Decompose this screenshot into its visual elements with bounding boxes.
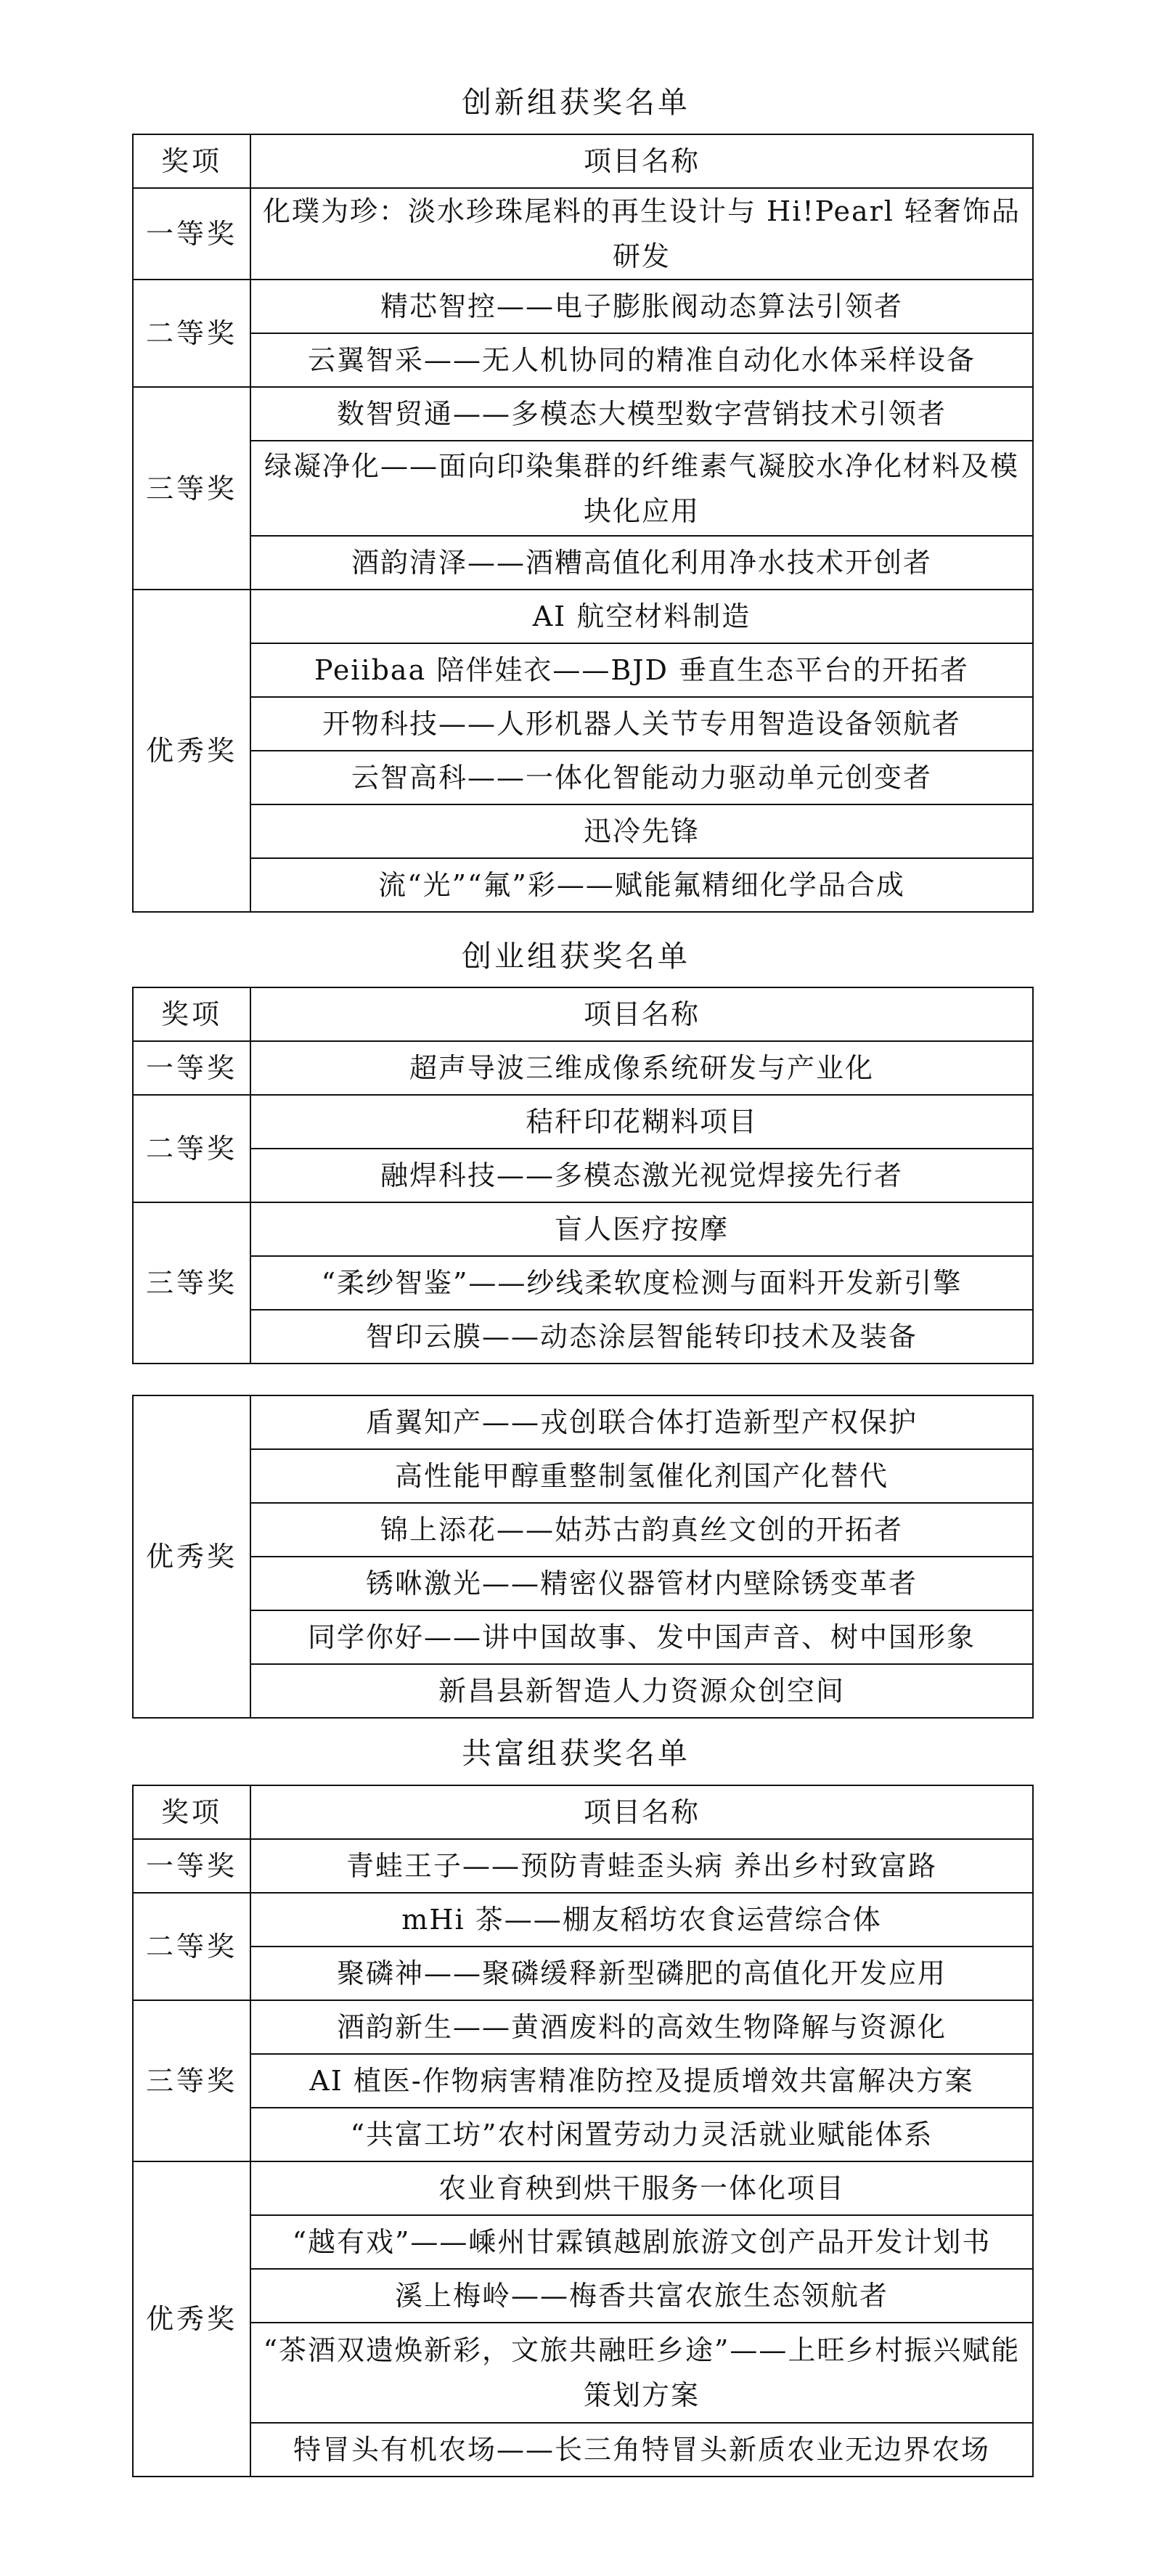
award-level-first: 一等奖 [133, 188, 250, 280]
project-name: 聚磷神——聚磷缓释新型磷肥的高值化开发应用 [250, 1947, 1033, 2000]
table-header-row: 奖项 项目名称 [133, 134, 1033, 188]
table-row: 云翼智采——无人机协同的精准自动化水体采样设备 [133, 333, 1033, 387]
project-name: 同学你好——讲中国故事、发中国声音、树中国形象 [250, 1610, 1033, 1664]
project-name: 锦上添花——姑苏古韵真丝文创的开拓者 [250, 1503, 1033, 1557]
project-name: 盲人医疗按摩 [250, 1202, 1033, 1256]
project-name: 数智贸通——多模态大模型数字营销技术引领者 [250, 387, 1033, 441]
table-row: 锈咻激光——精密仪器管材内壁除锈变革者 [133, 1557, 1033, 1610]
award-level-excellence: 优秀奖 [133, 1395, 250, 1718]
table-row: 融焊科技——多模态激光视觉焊接先行者 [133, 1149, 1033, 1202]
project-name: 青蛙王子——预防青蛙歪头病 养出乡村致富路 [250, 1839, 1033, 1893]
project-name: 秸秆印花糊料项目 [250, 1095, 1033, 1149]
header-award: 奖项 [133, 134, 250, 188]
table-row: 三等奖 酒韵新生——黄酒废料的高效生物降解与资源化 [133, 2000, 1033, 2054]
project-name: 智印云膜——动态涂层智能转印技术及装备 [250, 1310, 1033, 1364]
award-level-excellence: 优秀奖 [133, 590, 250, 912]
project-name: 云翼智采——无人机协同的精准自动化水体采样设备 [250, 333, 1033, 387]
table-header-row: 奖项 项目名称 [133, 987, 1033, 1041]
table-row: “柔纱智鉴”——纱线柔软度检测与面料开发新引擎 [133, 1256, 1033, 1310]
table-row: 一等奖 青蛙王子——预防青蛙歪头病 养出乡村致富路 [133, 1839, 1033, 1893]
project-name: 云智高科——一体化智能动力驱动单元创变者 [250, 751, 1033, 804]
table-row: 酒韵清泽——酒糟高值化利用净水技术开创者 [133, 536, 1033, 590]
project-name: 特冒头有机农场——长三角特冒头新质农业无边界农场 [250, 2423, 1033, 2477]
project-name: 高性能甲醇重整制氢催化剂国产化替代 [250, 1449, 1033, 1503]
award-level-second: 二等奖 [133, 1095, 250, 1202]
project-name: 开物科技——人形机器人关节专用智造设备领航者 [250, 697, 1033, 751]
table-header-row: 奖项 项目名称 [133, 1785, 1033, 1839]
table-row: 一等奖 超声导波三维成像系统研发与产业化 [133, 1041, 1033, 1095]
table-row: 开物科技——人形机器人关节专用智造设备领航者 [133, 697, 1033, 751]
entrepreneurship-award-table: 奖项 项目名称 一等奖 超声导波三维成像系统研发与产业化 二等奖 秸秆印花糊料项… [132, 987, 1034, 1364]
project-name: 化璞为珍：淡水珍珠尾料的再生设计与 Hi!Pearl 轻奢饰品研发 [250, 188, 1033, 280]
award-level-third: 三等奖 [133, 387, 250, 590]
project-name: “共富工坊”农村闲置劳动力灵活就业赋能体系 [250, 2108, 1033, 2161]
table-row: 聚磷神——聚磷缓释新型磷肥的高值化开发应用 [133, 1947, 1033, 2000]
table-row: 二等奖 mHi 茶——棚友稻坊农食运营综合体 [133, 1893, 1033, 1947]
header-project: 项目名称 [250, 134, 1033, 188]
table-row: 云智高科——一体化智能动力驱动单元创变者 [133, 751, 1033, 804]
project-name: 新昌县新智造人力资源众创空间 [250, 1664, 1033, 1718]
award-level-third: 三等奖 [133, 1202, 250, 1364]
project-name: 酒韵新生——黄酒废料的高效生物降解与资源化 [250, 2000, 1033, 2054]
project-name: AI 植医-作物病害精准防控及提质增效共富解决方案 [250, 2054, 1033, 2108]
table-row: 三等奖 数智贸通——多模态大模型数字营销技术引领者 [133, 387, 1033, 441]
header-project: 项目名称 [250, 1785, 1033, 1839]
table-row: 一等奖 化璞为珍：淡水珍珠尾料的再生设计与 Hi!Pearl 轻奢饰品研发 [133, 188, 1033, 280]
project-name: 迅冷先锋 [250, 804, 1033, 858]
project-name: “茶酒双遗焕新彩，文旅共融旺乡途”——上旺乡村振兴赋能策划方案 [250, 2323, 1033, 2423]
project-name: 酒韵清泽——酒糟高值化利用净水技术开创者 [250, 536, 1033, 590]
project-name: 盾翼知产——戎创联合体打造新型产权保护 [250, 1395, 1033, 1449]
project-name: “柔纱智鉴”——纱线柔软度检测与面料开发新引擎 [250, 1256, 1033, 1310]
table-row: 同学你好——讲中国故事、发中国声音、树中国形象 [133, 1610, 1033, 1664]
table-row: “共富工坊”农村闲置劳动力灵活就业赋能体系 [133, 2108, 1033, 2161]
table-row: 流“光”“氟”彩——赋能氟精细化学品合成 [133, 858, 1033, 912]
header-award: 奖项 [133, 987, 250, 1041]
project-name: 精芯智控——电子膨胀阀动态算法引领者 [250, 280, 1033, 333]
project-name: “越有戏”——嵊州甘霖镇越剧旅游文创产品开发计划书 [250, 2215, 1033, 2269]
table-row: 二等奖 精芯智控——电子膨胀阀动态算法引领者 [133, 280, 1033, 333]
project-name: 溪上梅岭——梅香共富农旅生态领航者 [250, 2269, 1033, 2323]
project-name: AI 航空材料制造 [250, 590, 1033, 643]
table-row: “越有戏”——嵊州甘霖镇越剧旅游文创产品开发计划书 [133, 2215, 1033, 2269]
project-name: 融焊科技——多模态激光视觉焊接先行者 [250, 1149, 1033, 1202]
project-name: 流“光”“氟”彩——赋能氟精细化学品合成 [250, 858, 1033, 912]
table-row: 高性能甲醇重整制氢催化剂国产化替代 [133, 1449, 1033, 1503]
section-title-entrepreneurship: 创业组获奖名单 [0, 939, 1152, 973]
award-level-second: 二等奖 [133, 280, 250, 387]
section-title-common-prosperity: 共富组获奖名单 [0, 1737, 1152, 1770]
award-level-first: 一等奖 [133, 1839, 250, 1893]
table-row: 溪上梅岭——梅香共富农旅生态领航者 [133, 2269, 1033, 2323]
project-name: 农业育秧到烘干服务一体化项目 [250, 2161, 1033, 2215]
header-award: 奖项 [133, 1785, 250, 1839]
table-row: 锦上添花——姑苏古韵真丝文创的开拓者 [133, 1503, 1033, 1557]
table-row: 优秀奖 农业育秧到烘干服务一体化项目 [133, 2161, 1033, 2215]
project-name: Peiibaa 陪伴娃衣——BJD 垂直生态平台的开拓者 [250, 643, 1033, 697]
entrepreneurship-excellence-table: 优秀奖 盾翼知产——戎创联合体打造新型产权保护 高性能甲醇重整制氢催化剂国产化替… [132, 1395, 1034, 1719]
award-level-third: 三等奖 [133, 2000, 250, 2161]
table-row: 三等奖 盲人医疗按摩 [133, 1202, 1033, 1256]
header-project: 项目名称 [250, 987, 1033, 1041]
table-row: 优秀奖 盾翼知产——戎创联合体打造新型产权保护 [133, 1395, 1033, 1449]
table-row: 特冒头有机农场——长三角特冒头新质农业无边界农场 [133, 2423, 1033, 2477]
common-prosperity-award-table: 奖项 项目名称 一等奖 青蛙王子——预防青蛙歪头病 养出乡村致富路 二等奖 mH… [132, 1785, 1034, 2477]
table-row: 迅冷先锋 [133, 804, 1033, 858]
table-row: “茶酒双遗焕新彩，文旅共融旺乡途”——上旺乡村振兴赋能策划方案 [133, 2323, 1033, 2423]
project-name: mHi 茶——棚友稻坊农食运营综合体 [250, 1893, 1033, 1947]
award-level-second: 二等奖 [133, 1893, 250, 2000]
table-row: 新昌县新智造人力资源众创空间 [133, 1664, 1033, 1718]
project-name: 锈咻激光——精密仪器管材内壁除锈变革者 [250, 1557, 1033, 1610]
table-row: 二等奖 秸秆印花糊料项目 [133, 1095, 1033, 1149]
project-name: 绿凝净化——面向印染集群的纤维素气凝胶水净化材料及模块化应用 [250, 441, 1033, 536]
table-row: 智印云膜——动态涂层智能转印技术及装备 [133, 1310, 1033, 1364]
section-title-innovation: 创新组获奖名单 [0, 86, 1152, 119]
award-level-excellence: 优秀奖 [133, 2161, 250, 2477]
table-row: 优秀奖 AI 航空材料制造 [133, 590, 1033, 643]
project-name: 超声导波三维成像系统研发与产业化 [250, 1041, 1033, 1095]
award-level-first: 一等奖 [133, 1041, 250, 1095]
table-row: Peiibaa 陪伴娃衣——BJD 垂直生态平台的开拓者 [133, 643, 1033, 697]
table-row: 绿凝净化——面向印染集群的纤维素气凝胶水净化材料及模块化应用 [133, 441, 1033, 536]
innovation-award-table: 奖项 项目名称 一等奖 化璞为珍：淡水珍珠尾料的再生设计与 Hi!Pearl 轻… [132, 134, 1034, 913]
table-row: AI 植医-作物病害精准防控及提质增效共富解决方案 [133, 2054, 1033, 2108]
